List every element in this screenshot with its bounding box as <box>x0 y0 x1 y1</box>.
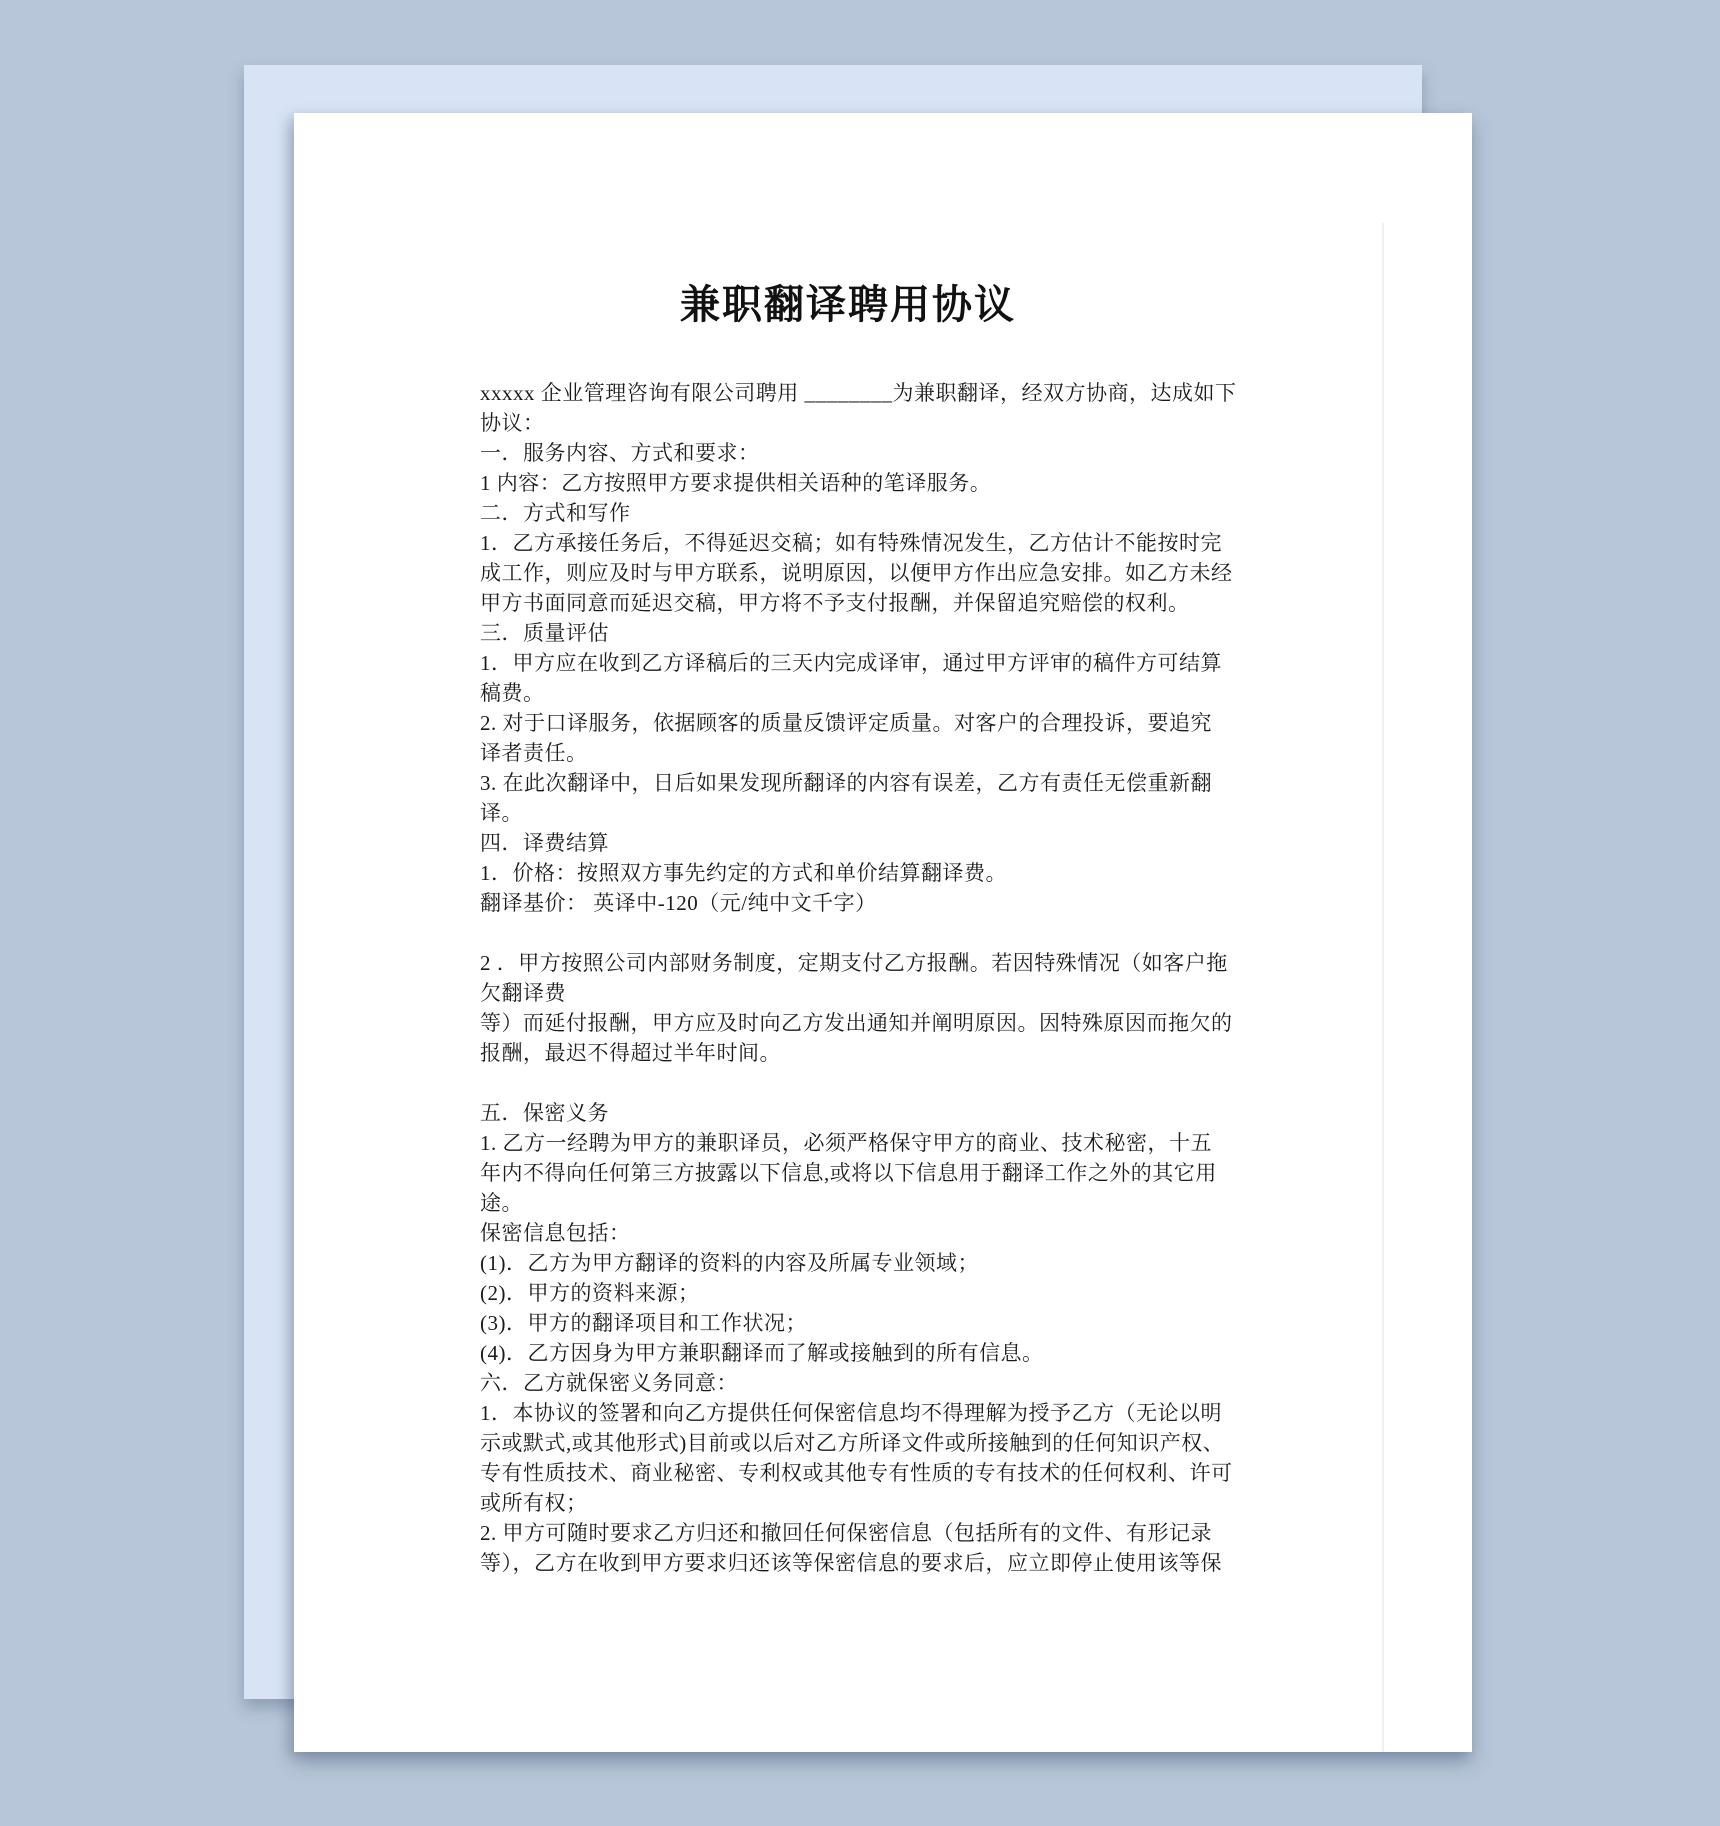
document-line: 等）而延付报酬，甲方应及时向乙方发出通知并阐明原因。因特殊原因而拖欠的 <box>480 1008 1216 1038</box>
document-line: 1 内容：乙方按照甲方要求提供相关语种的笔译服务。 <box>480 468 1216 498</box>
document-content: 兼职翻译聘用协议 xxxxx 企业管理咨询有限公司聘用 ________为兼职翻… <box>480 113 1216 1578</box>
document-body: xxxxx 企业管理咨询有限公司聘用 ________为兼职翻译，经双方协商，达… <box>480 378 1216 1578</box>
document-line: 译。 <box>480 798 1216 828</box>
document-line: 专有性质技术、商业秘密、专利权或其他专有性质的专有技术的任何权利、许可 <box>480 1458 1216 1488</box>
document-line: 一．服务内容、方式和要求： <box>480 438 1216 468</box>
document-line: 译者责任。 <box>480 738 1216 768</box>
document-line: 1．价格：按照双方事先约定的方式和单价结算翻译费。 <box>480 858 1216 888</box>
document-line: 2. 对于口译服务，依据顾客的质量反馈评定质量。对客户的合理投诉，要追究 <box>480 708 1216 738</box>
document-line: 3. 在此次翻译中，日后如果发现所翻译的内容有误差，乙方有责任无偿重新翻 <box>480 768 1216 798</box>
document-line: (3)．甲方的翻译项目和工作状况； <box>480 1308 1216 1338</box>
document-line: 报酬，最迟不得超过半年时间。 <box>480 1038 1216 1068</box>
document-title: 兼职翻译聘用协议 <box>480 281 1216 329</box>
document-line: 五．保密义务 <box>480 1098 1216 1128</box>
document-line: 四．译费结算 <box>480 828 1216 858</box>
document-line: 甲方书面同意而延迟交稿，甲方将不予支付报酬，并保留追究赔偿的权利。 <box>480 588 1216 618</box>
document-line: (2)．甲方的资料来源； <box>480 1278 1216 1308</box>
document-line: 1．本协议的签署和向乙方提供任何保密信息均不得理解为授予乙方（无论以明 <box>480 1398 1216 1428</box>
document-line: 欠翻译费 <box>480 978 1216 1008</box>
document-line: 2 ．甲方按照公司内部财务制度，定期支付乙方报酬。若因特殊情况（如客户拖 <box>480 948 1216 978</box>
document-line: 二．方式和写作 <box>480 498 1216 528</box>
document-line <box>480 918 1216 948</box>
page-crease-line <box>1382 223 1384 1752</box>
document-line: 等），乙方在收到甲方要求归还该等保密信息的要求后，应立即停止使用该等保 <box>480 1548 1216 1578</box>
document-line: 协议： <box>480 408 1216 438</box>
document-line: 成工作，则应及时与甲方联系，说明原因，以便甲方作出应急安排。如乙方未经 <box>480 558 1216 588</box>
document-line: 1．乙方承接任务后，不得延迟交稿；如有特殊情况发生，乙方估计不能按时完 <box>480 528 1216 558</box>
canvas-background: 兼职翻译聘用协议 xxxxx 企业管理咨询有限公司聘用 ________为兼职翻… <box>0 0 1720 1826</box>
document-line: (1)．乙方为甲方翻译的资料的内容及所属专业领域； <box>480 1248 1216 1278</box>
document-line: 示或默式,或其他形式)目前或以后对乙方所译文件或所接触到的任何知识产权、 <box>480 1428 1216 1458</box>
document-line: 途。 <box>480 1188 1216 1218</box>
document-line: 六．乙方就保密义务同意： <box>480 1368 1216 1398</box>
document-line: 2. 甲方可随时要求乙方归还和撤回任何保密信息（包括所有的文件、有形记录 <box>480 1518 1216 1548</box>
document-line: 年内不得向任何第三方披露以下信息,或将以下信息用于翻译工作之外的其它用 <box>480 1158 1216 1188</box>
document-line: 1．甲方应在收到乙方译稿后的三天内完成译审，通过甲方评审的稿件方可结算 <box>480 648 1216 678</box>
document-line: xxxxx 企业管理咨询有限公司聘用 ________为兼职翻译，经双方协商，达… <box>480 378 1216 408</box>
document-line: 三．质量评估 <box>480 618 1216 648</box>
document-line: 保密信息包括： <box>480 1218 1216 1248</box>
document-line: 1. 乙方一经聘为甲方的兼职译员，必须严格保守甲方的商业、技术秘密，十五 <box>480 1128 1216 1158</box>
document-line: 翻译基价： 英译中-120（元/纯中文千字） <box>480 888 1216 918</box>
document-line: 稿费。 <box>480 678 1216 708</box>
document-page: 兼职翻译聘用协议 xxxxx 企业管理咨询有限公司聘用 ________为兼职翻… <box>294 113 1472 1752</box>
document-line <box>480 1068 1216 1098</box>
document-line: 或所有权； <box>480 1488 1216 1518</box>
document-line: (4)．乙方因身为甲方兼职翻译而了解或接触到的所有信息。 <box>480 1338 1216 1368</box>
